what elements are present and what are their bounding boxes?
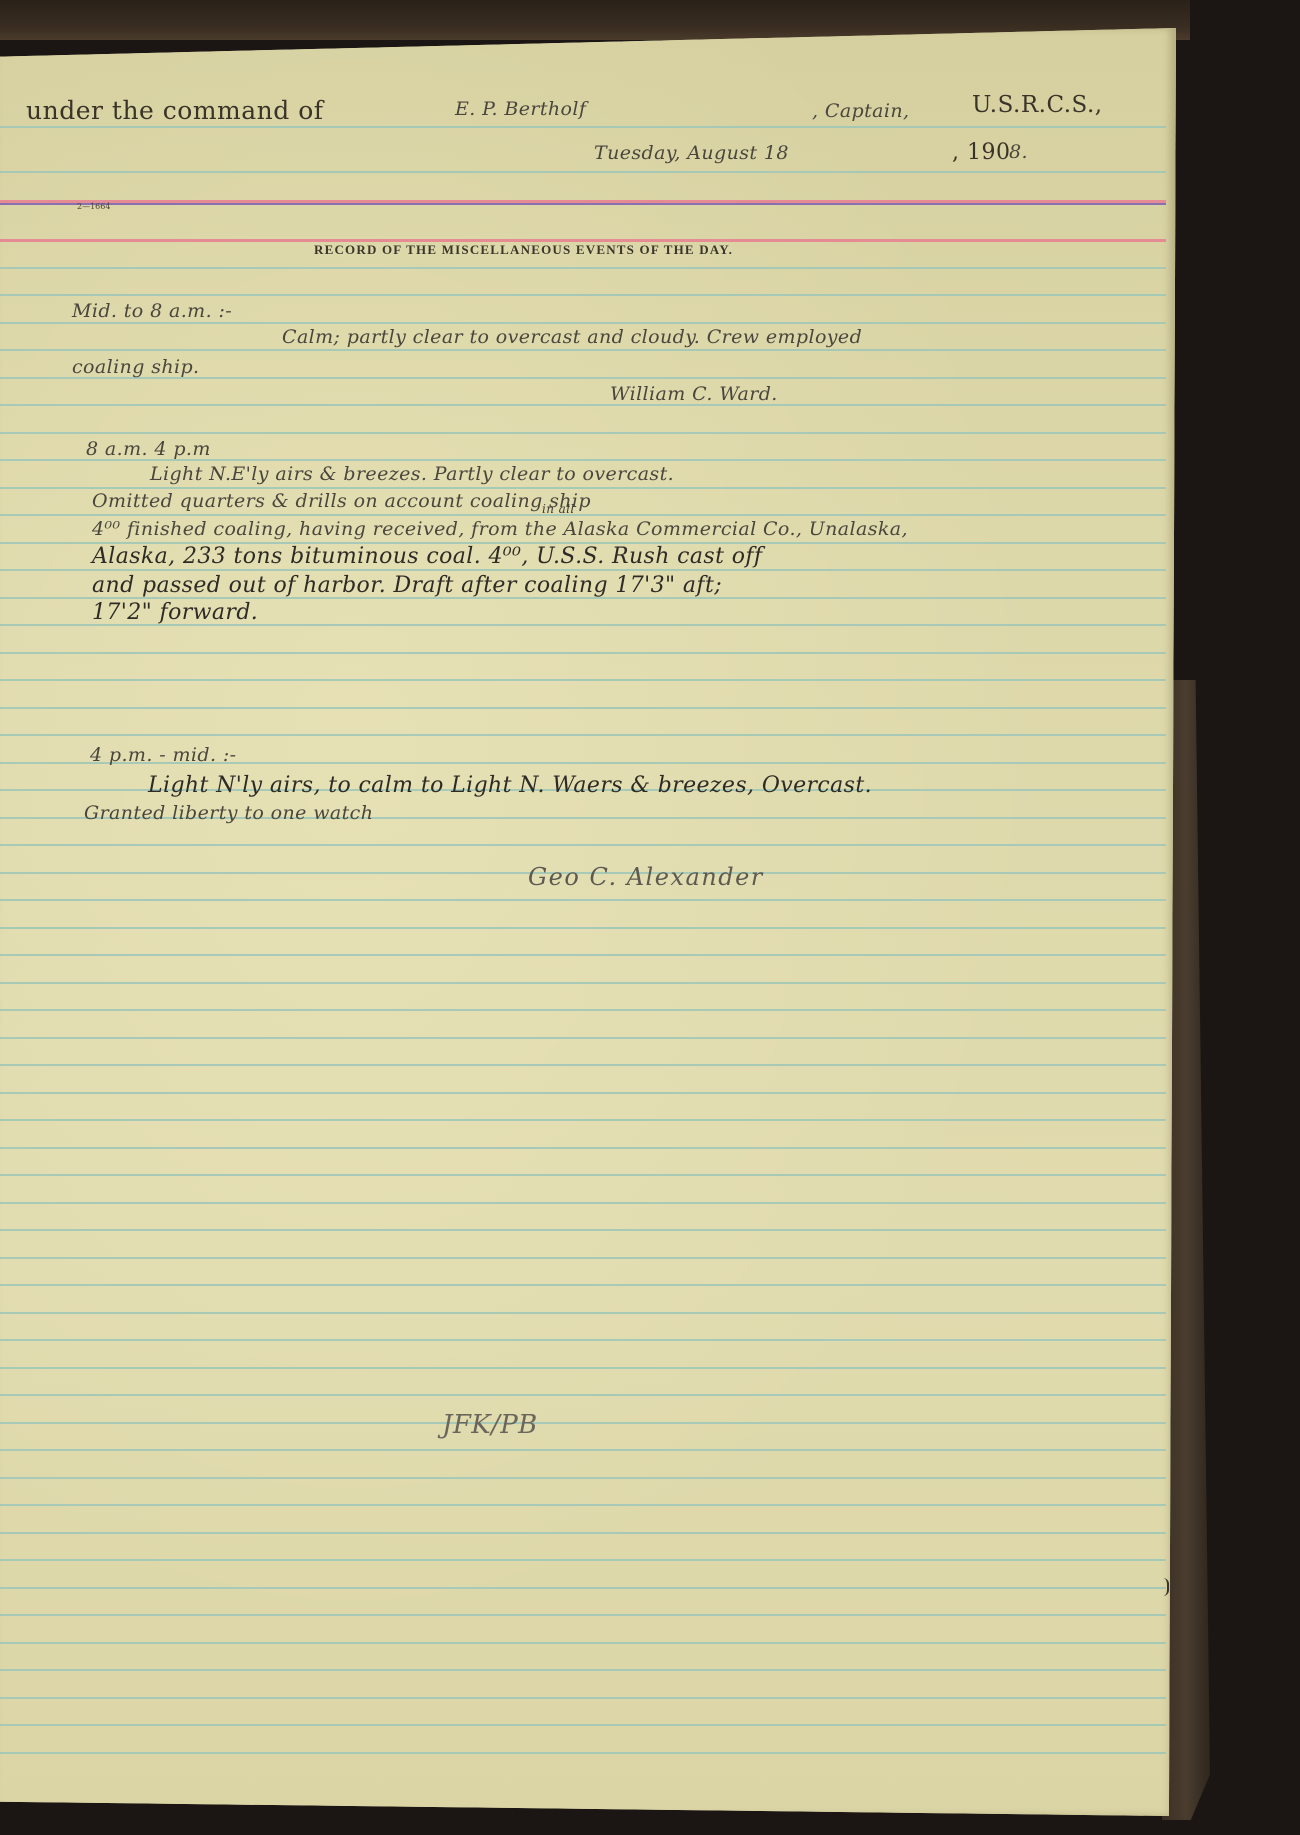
ruled-line: [0, 294, 1166, 296]
year-prefix: , 190: [952, 140, 1010, 165]
ruled-line: [0, 1422, 1166, 1424]
ruled-line: [0, 1339, 1166, 1341]
service-abbreviation: U.S.R.C.S.,: [972, 92, 1103, 118]
watch-heading: 8 a.m. 4 p.m: [86, 438, 211, 460]
log-line: Granted liberty to one watch: [84, 802, 373, 824]
ruled-line: [0, 734, 1166, 736]
watch-officer-signature: William C. Ward.: [610, 383, 778, 405]
ruled-line: [0, 1614, 1166, 1616]
ruled-line: [0, 514, 1166, 516]
ruled-line: [0, 1064, 1166, 1066]
ruled-line: [0, 432, 1166, 434]
ruled-line: [0, 349, 1166, 351]
ruled-line: [0, 707, 1166, 709]
ruled-line: [0, 1257, 1166, 1259]
ruled-line: [0, 954, 1166, 956]
ruled-line: [0, 1174, 1166, 1176]
watch-heading: Mid. to 8 a.m. :-: [72, 300, 232, 322]
ruled-line: [0, 982, 1166, 984]
year-suffix: 8.: [1009, 141, 1028, 163]
ruled-line: [0, 1669, 1166, 1671]
log-line: and passed out of harbor. Draft after co…: [92, 573, 722, 598]
date-day: Tuesday, August 18: [594, 142, 789, 164]
log-line: Calm; partly clear to overcast and cloud…: [282, 326, 862, 348]
log-line: coaling ship.: [72, 356, 199, 378]
ruled-line: [0, 844, 1166, 846]
ruled-line: [0, 1037, 1166, 1039]
ruled-line: [0, 1147, 1166, 1149]
ruled-line: [0, 1009, 1166, 1011]
ruled-line: [0, 267, 1166, 269]
rank: , Captain,: [812, 100, 909, 122]
ruled-line: [0, 1394, 1166, 1396]
ruled-line: [0, 569, 1166, 571]
ruled-line: [0, 899, 1166, 901]
commander-name: E. P. Bertholf: [455, 98, 586, 120]
ruled-line: [0, 1449, 1166, 1451]
logbook-page: under the command of E. P. Bertholf , Ca…: [0, 28, 1176, 1816]
interlinear-insertion: in all: [542, 502, 575, 516]
review-initials: JFK/PB: [442, 1410, 538, 1440]
ruled-line: [0, 1119, 1166, 1121]
ruled-line: [0, 1312, 1166, 1314]
ruled-line: [0, 322, 1166, 324]
section-title: RECORD OF THE MISCELLANEOUS EVENTS OF TH…: [314, 242, 733, 258]
header-rule-2: [0, 171, 1166, 173]
log-line: 17'2" forward.: [92, 600, 258, 625]
ruled-line: [0, 652, 1166, 654]
ruled-line: [0, 1504, 1166, 1506]
ruled-line: [0, 1724, 1166, 1726]
ruled-line: [0, 927, 1166, 929]
header-double-red-rule: [0, 200, 1166, 203]
ruled-line: [0, 1477, 1166, 1479]
ruled-line: [0, 679, 1166, 681]
ruled-line: [0, 1092, 1166, 1094]
header-rule-1: [0, 126, 1166, 128]
form-number: 2—1664: [77, 202, 110, 211]
ruled-line: [0, 1229, 1166, 1231]
ruled-line: [0, 1559, 1166, 1561]
ruled-line: [0, 1202, 1166, 1204]
ruled-line: [0, 487, 1166, 489]
log-line: Alaska, 233 tons bituminous coal. 4⁰⁰, U…: [92, 544, 762, 569]
watch-officer-signature: Geo C. Alexander: [528, 863, 764, 891]
ruled-line: [0, 1752, 1166, 1754]
ruled-line: [0, 1532, 1166, 1534]
ruled-line: [0, 1642, 1166, 1644]
ruled-line: [0, 1284, 1166, 1286]
log-line: Light N.E'ly airs & breezes. Partly clea…: [150, 463, 674, 485]
ruled-line: [0, 404, 1166, 406]
command-label: under the command of: [26, 96, 324, 125]
log-line: 4⁰⁰ finished coaling, having received, f…: [92, 518, 908, 540]
ruled-line: [0, 1587, 1166, 1589]
ruled-line: [0, 1367, 1166, 1369]
scan-scene: under the command of E. P. Bertholf , Ca…: [0, 0, 1300, 1835]
ruled-line: [0, 1697, 1166, 1699]
log-line: Omitted quarters & drills on account coa…: [92, 490, 591, 512]
watch-heading: 4 p.m. - mid. :-: [90, 744, 236, 766]
log-line: Light N'ly airs, to calm to Light N. Wae…: [148, 773, 872, 798]
